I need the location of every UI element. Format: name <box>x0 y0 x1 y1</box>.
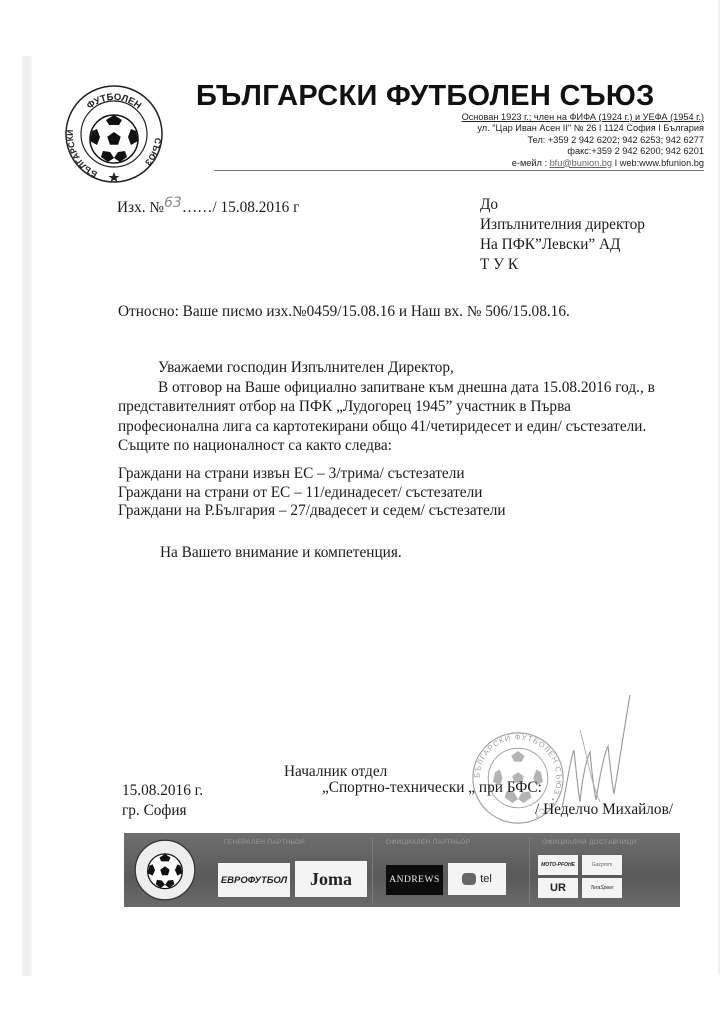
bfs-logo-icon: ФУТБОЛЕН БЪЛГАРСКИ СЪЮЗ <box>64 84 164 184</box>
gazprom-wordmark: Gazprom <box>592 862 613 868</box>
partner-section-label: ОФИЦИАЛНИ ДОСТАВЧИЦИ <box>542 839 637 846</box>
ur-wordmark: UR <box>550 882 566 894</box>
teraspeer-wordmark: TeraSpeer <box>590 885 613 891</box>
body-line: професионална лига са картотекирани общо… <box>118 417 655 437</box>
partner-logo-gazprom[interactable]: Gazprom <box>582 855 622 875</box>
partner-logo-ur[interactable]: UR <box>538 878 578 898</box>
banner-divider <box>529 837 530 903</box>
closing-line: На Вашето внимание и компетенция. <box>160 543 402 562</box>
addressee-line: Т У К <box>480 255 645 275</box>
bfs-banner-logo-icon <box>134 839 196 901</box>
subject-line: Относно: Ваше писмо изх.№0459/15.08.16 и… <box>118 302 570 321</box>
body-line: В отговор на Ваше официално запитване къ… <box>118 378 655 398</box>
partners-banner: ГЕНЕРАЛЕН ПАРТНЬОР ОФИЦИАЛЕН ПАРТНЬОР ОФ… <box>124 833 680 907</box>
addressee-line: На ПФК”Левски” АД <box>480 235 645 255</box>
ref-dots: …… <box>182 199 213 216</box>
email-link[interactable]: bfu@bunion.bg <box>550 158 612 168</box>
ref-prefix: Изх. № <box>117 199 164 216</box>
body-line: Същите по националност са както следва: <box>118 436 655 456</box>
tel-wordmark: tel <box>480 873 492 885</box>
founded-line: Основан 1923 г.; член на ФИФА (1924 г.) … <box>384 112 704 123</box>
partner-logo-andrews[interactable]: ANDREWS <box>386 865 443 895</box>
letter-body: Уважаеми господин Изпълнителен Директор,… <box>118 358 655 456</box>
outgoing-reference: Изх. №63……/ 15.08.2016 г <box>117 198 299 218</box>
banner-divider <box>372 837 373 903</box>
letter-date: 15.08.2016 г. <box>122 781 203 801</box>
organization-name: БЪЛГАРСКИ ФУТБОЛЕН СЪЮЗ <box>196 80 655 113</box>
player-counts-list: Граждани на страни извън ЕС – 3/трима/ с… <box>118 465 506 521</box>
separator: I <box>615 158 618 168</box>
tel-mark-icon <box>462 873 476 885</box>
web-link[interactable]: web:www.bfunion.bg <box>620 158 704 168</box>
body-line: представителният отбор на ПФК „Лудогорец… <box>118 397 655 417</box>
addressee-line: До <box>480 195 645 215</box>
partner-logo-tel[interactable]: tel <box>448 863 506 895</box>
organization-contact-block: Основан 1923 г.; член на ФИФА (1924 г.) … <box>384 112 704 169</box>
signer-department: „Спортно-технически „ при БФС: <box>322 778 542 797</box>
signer-name: / Неделчо Михайлов/ <box>535 800 673 819</box>
count-non-eu: Граждани на страни извън ЕС – 3/трима/ с… <box>118 465 506 484</box>
fax-line: факс:+359 2 942 6200; 942 6201 <box>384 146 704 157</box>
scan-artifact-edge <box>718 0 720 975</box>
header-divider <box>214 170 704 171</box>
addressee-block: До Изпълнителния директор На ПФК”Левски”… <box>480 195 645 275</box>
scan-artifact-strip <box>22 56 32 976</box>
partner-section-label: ОФИЦИАЛЕН ПАРТНЬОР <box>386 839 470 846</box>
moto-pfohe-wordmark: MOTO-PFOHE <box>541 862 575 868</box>
eurofutbol-wordmark: ЕВРОФУТБОЛ <box>221 875 287 886</box>
partner-section-label: ГЕНЕРАЛЕН ПАРТНЬОР <box>224 839 305 846</box>
ref-handwritten-number: 63 <box>164 195 182 211</box>
address-line: ул. "Цар Иван Асен II" № 26 I 1124 София… <box>384 123 704 134</box>
partner-logo-joma[interactable]: Joma <box>295 861 367 897</box>
date-place-block: 15.08.2016 г. гр. София <box>122 781 203 821</box>
count-eu: Граждани на страни от ЕС – 11/единадесет… <box>118 484 506 503</box>
andrews-wordmark: ANDREWS <box>389 875 439 885</box>
count-bulgaria: Граждани на Р.България – 27/двадесет и с… <box>118 502 506 521</box>
email-label: е-мейл : <box>512 158 547 168</box>
partner-logo-teraspeer[interactable]: TeraSpeer <box>582 878 622 898</box>
phone-line: Тел: +359 2 942 6202; 942 6253; 942 6277 <box>384 135 704 146</box>
partner-logo-eurofutbol[interactable]: ЕВРОФУТБОЛ <box>218 863 290 897</box>
addressee-line: Изпълнителния директор <box>480 215 645 235</box>
salutation: Уважаеми господин Изпълнителен Директор, <box>118 358 655 378</box>
joma-wordmark: Joma <box>310 869 352 890</box>
ref-date: / 15.08.2016 г <box>212 199 299 216</box>
email-web-line: е-мейл : bfu@bunion.bg I web:www.bfunion… <box>384 158 704 169</box>
partner-logo-moto-pfohe[interactable]: MOTO-PFOHE <box>538 855 578 875</box>
letter-place: гр. София <box>122 801 203 821</box>
